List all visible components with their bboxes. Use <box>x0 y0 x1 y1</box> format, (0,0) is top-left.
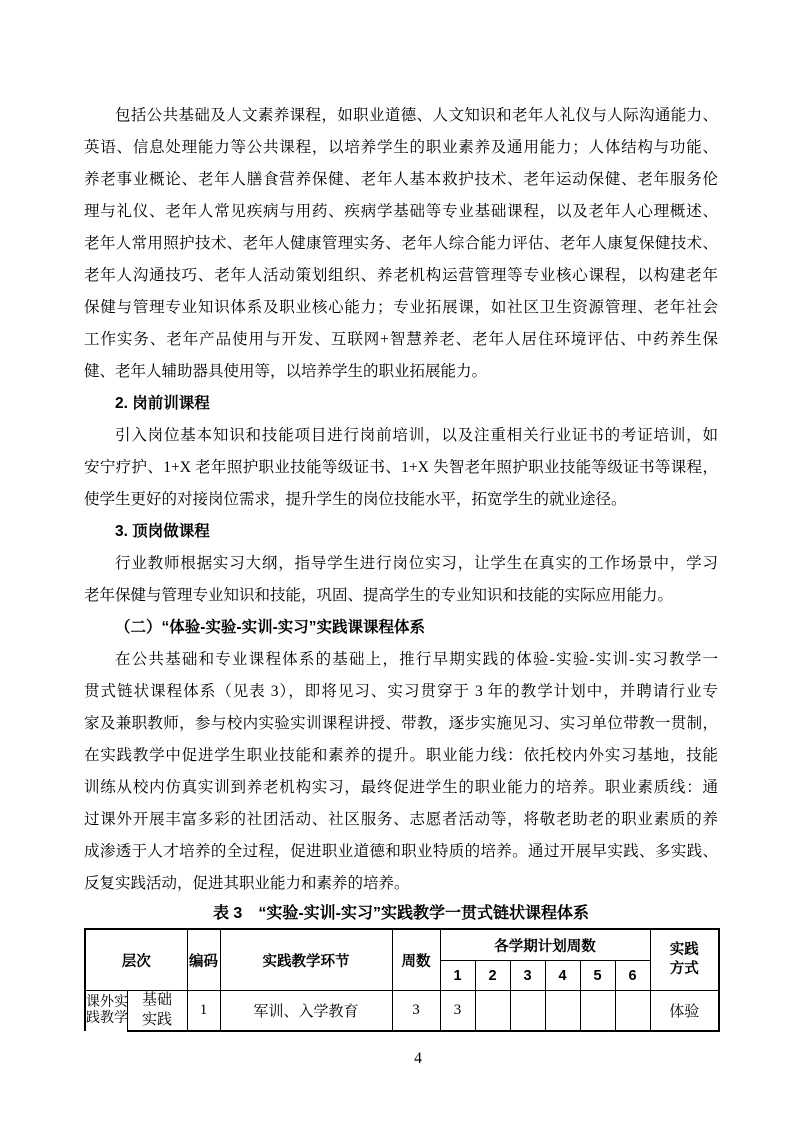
cell-level-group-label: 课外实践教学 <box>86 995 127 1027</box>
paragraph-pre-job-training: 引入岗位基本知识和技能项目进行岗前培训，以及注重相关行业证书的考证培训，如安宁疗… <box>84 420 718 516</box>
table-title: 表 3 “实验-实训-实习”实践教学一贯式链状课程体系 <box>84 900 718 928</box>
page-number: 4 <box>101 1050 735 1068</box>
text-line: 英语、信息处理能力等公共课程，以培养学生的职业素养及通用能力；人体结构与功能、 <box>84 132 718 164</box>
header-code: 编码 <box>187 929 220 991</box>
header-teaching-step: 实践教学环节 <box>220 929 392 991</box>
cell-semester-2 <box>475 991 510 1032</box>
header-semester-group: 各学期计划周数 <box>440 929 650 961</box>
header-semester-1: 1 <box>440 961 475 991</box>
text-line: 过课外开展丰富多彩的社团活动、社区服务、志愿者活动等，将敬老助老的职业素质的养 <box>84 804 718 836</box>
cell-code: 1 <box>187 991 220 1032</box>
cell-semester-6 <box>615 991 650 1032</box>
heading-pre-job-training-courses: 2. 岗前训课程 <box>84 388 718 420</box>
cell-level-sub: 基础实践 <box>127 991 187 1032</box>
header-practice-method: 实践方式 <box>650 929 719 991</box>
text-line: 成渗透于人才培养的全过程，促进职业道德和职业特质的培养。通过开展早实践、多实践、 <box>84 836 718 868</box>
paragraph-practice-system: 在公共基础和专业课程体系的基础上，推行早期实践的体验-实验-实训-实习教学一贯式… <box>84 644 718 900</box>
page-content: 包括公共基础及人文素养课程，如职业道德、人文知识和老年人礼仪与人际沟通能力、英语… <box>84 100 718 1068</box>
text-line: 在实践教学中促进学生职业技能和素养的提升。职业能力线：依托校内外实习基地，技能 <box>84 740 718 772</box>
cell-semester-5 <box>580 991 615 1032</box>
header-level: 层次 <box>85 929 187 991</box>
text-line: 安宁疗护、1+X 老年照护职业技能等级证书、1+X 失智老年照护职业技能等级证书… <box>84 452 718 484</box>
text-line: 工作实务、老年产品使用与开发、互联网+智慧养老、老年人居住环境评估、中药养生保 <box>84 324 718 356</box>
cell-weeks: 3 <box>392 991 440 1032</box>
text-line: 反复实践活动，促进其职业能力和素养的培养。 <box>84 868 718 900</box>
text-line: 保健与管理专业知识体系及职业核心能力；专业拓展课，如社区卫生资源管理、老年社会 <box>84 292 718 324</box>
heading-practice-course-system: （二）“体验-实验-实训-实习”实践课课程体系 <box>84 612 718 644</box>
text-line: 使学生更好的对接岗位需求，提升学生的岗位技能水平，拓宽学生的就业途径。 <box>84 484 718 516</box>
text-line: 老年人沟通技巧、老年人活动策划组织、养老机构运营管理等专业核心课程，以构建老年 <box>84 260 718 292</box>
cell-level-sub-label: 基础实践 <box>141 991 174 1030</box>
text-line: 包括公共基础及人文素养课程，如职业道德、人文知识和老年人礼仪与人际沟通能力、 <box>84 100 718 132</box>
text-line: 养老事业概论、老年人膳食营养保健、老年人基本救护技术、老年运动保健、老年服务伦 <box>84 164 718 196</box>
header-semester-6: 6 <box>615 961 650 991</box>
text-line: 训练从校内仿真实训到养老机构实习，最终促进学生的职业能力的培养。职业素质线：通 <box>84 772 718 804</box>
text-line: 健、老年人辅助器具使用等，以培养学生的职业拓展能力。 <box>84 356 718 388</box>
paragraph-course-overview: 包括公共基础及人文素养课程，如职业道德、人文知识和老年人礼仪与人际沟通能力、英语… <box>84 100 718 388</box>
text-line: 家及兼职教师，参与校内实验实训课程讲授、带教，逐步实施见习、实习单位带教一贯制， <box>84 708 718 740</box>
table-data-row: 课外实践教学 基础实践 1 军训、入学教育 3 3 体验 <box>85 991 719 1032</box>
cell-level-group: 课外实践教学 <box>85 991 127 1032</box>
cell-semester-4 <box>545 991 580 1032</box>
text-line: 引入岗位基本知识和技能项目进行岗前培训，以及注重相关行业证书的考证培训，如 <box>84 420 718 452</box>
cell-semester-3 <box>510 991 545 1032</box>
practice-curriculum-table: 层次 编码 实践教学环节 周数 各学期计划周数 实践方式 1 2 3 4 5 6 <box>84 928 720 1032</box>
header-semester-5: 5 <box>580 961 615 991</box>
header-semester-4: 4 <box>545 961 580 991</box>
paragraph-post-practice: 行业教师根据实习大纲，指导学生进行岗位实习，让学生在真实的工作场景中，学习老年保… <box>84 548 718 612</box>
header-practice-method-label: 实践方式 <box>668 941 700 979</box>
document-page: 包括公共基础及人文素养课程，如职业道德、人文知识和老年人礼仪与人际沟通能力、英语… <box>0 0 792 1121</box>
text-line: 在公共基础和专业课程体系的基础上，推行早期实践的体验-实验-实训-实习教学一 <box>84 644 718 676</box>
header-semester-3: 3 <box>510 961 545 991</box>
header-weeks: 周数 <box>392 929 440 991</box>
cell-semester-1: 3 <box>440 991 475 1032</box>
text-line: 老年人常用照护技术、老年人健康管理实务、老年人综合能力评估、老年人康复保健技术、 <box>84 228 718 260</box>
cell-teaching-step: 军训、入学教育 <box>220 991 392 1032</box>
text-line: 行业教师根据实习大纲，指导学生进行岗位实习，让学生在真实的工作场景中，学习 <box>84 548 718 580</box>
text-line: 理与礼仪、老年人常见疾病与用药、疾病学基础等专业基础课程，以及老年人心理概述、 <box>84 196 718 228</box>
cell-practice-method: 体验 <box>650 991 719 1032</box>
header-semester-2: 2 <box>475 961 510 991</box>
text-line: 老年保健与管理专业知识和技能，巩固、提高学生的专业知识和技能的实际应用能力。 <box>84 580 718 612</box>
text-line: 贯式链状课程体系（见表 3），即将见习、实习贯穿于 3 年的教学计划中，并聘请行… <box>84 676 718 708</box>
table-header-row-1: 层次 编码 实践教学环节 周数 各学期计划周数 实践方式 <box>85 929 719 961</box>
heading-post-practice-courses: 3. 顶岗做课程 <box>84 516 718 548</box>
